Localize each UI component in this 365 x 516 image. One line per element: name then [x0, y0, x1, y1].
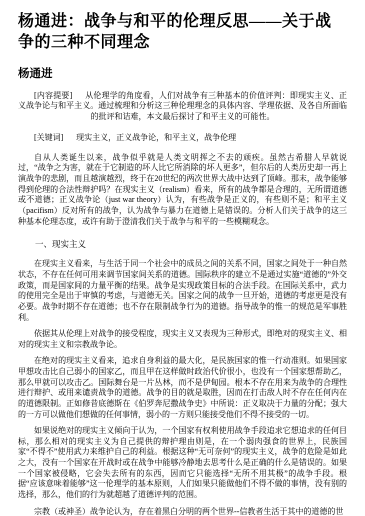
body-paragraph-intro: 自从人类诞生以来，战争似乎就是人类文明挥之不去的顽疾。虽然古希腊人早就说过，“战…: [18, 153, 347, 227]
keywords-label: [关键词]: [34, 133, 63, 142]
body-paragraph-realism-overview: 在现实主义看来，与生活于同一个社会中的成员之间的关系不同，国家之间处于一种自然状…: [18, 259, 347, 323]
body-paragraph-absolute-realism: 在绝对的现实主义看来，追求自身利益的最大化，是民族国家的惟一行动准则。如果国家甲…: [18, 356, 347, 420]
body-paragraph-religious-war: 宗教（或神圣）战争论认为，存在着黑白分明的两个世界--信教者生活于其中的道德的世: [18, 507, 347, 516]
keywords: [关键词]现实主义，正义战争论，和平主义，战争伦理: [18, 133, 347, 144]
body-paragraph-three-forms: 依据其从伦理上对战争的接受程度，现实主义又表现为三种形式，即绝对的现实主义、相对…: [18, 329, 347, 350]
body-paragraph-relative-realism: 如果说绝对的现实主义倾向于认为，一个国家有权利使用战争手段追求它想追求的任何目标…: [18, 426, 347, 500]
author-name: 杨通进: [18, 65, 347, 81]
abstract: [内容提要]从伦理学的角度看，人们对战争有三种基本的价值评判：即现实主义、正义战…: [18, 91, 347, 123]
section-heading-1: 一、现实主义: [18, 239, 347, 250]
abstract-label: [内容提要]: [34, 91, 72, 100]
document-page: 杨通进：战争与和平的伦理反思——关于战争的三种不同理念 杨通进 [内容提要]从伦…: [0, 0, 365, 516]
page-title: 杨通进：战争与和平的伦理反思——关于战争的三种不同理念: [18, 12, 347, 54]
keywords-text: 现实主义，正义战争论，和平主义，战争伦理: [76, 133, 236, 142]
